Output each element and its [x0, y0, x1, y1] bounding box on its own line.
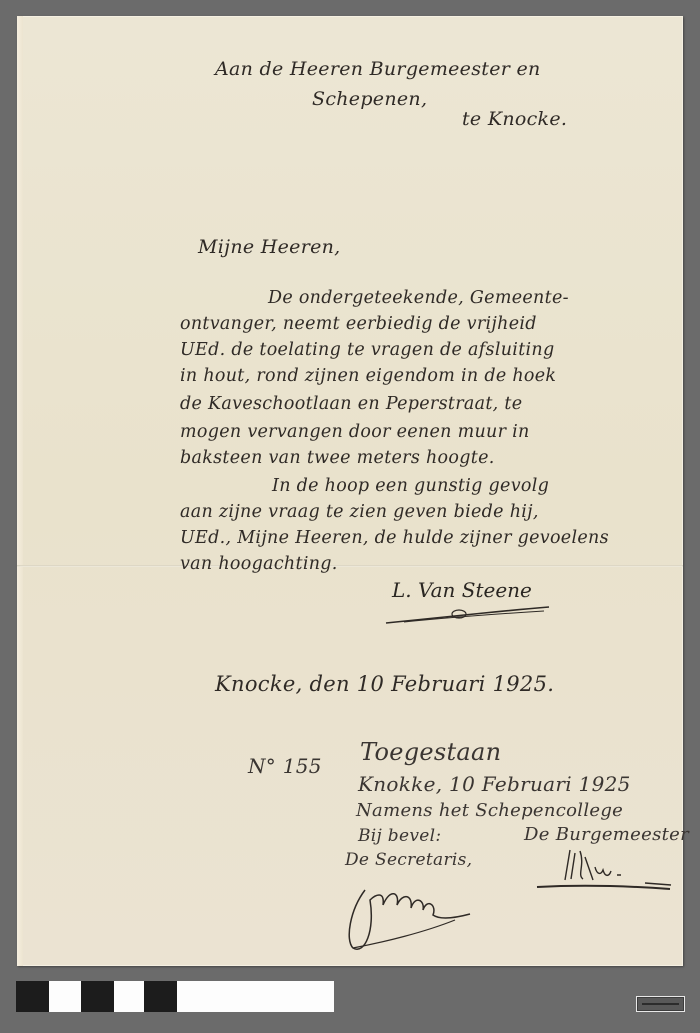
salutation: Mijne Heeren,	[198, 236, 341, 258]
body-line: mogen vervangen door eenen muur in	[180, 422, 530, 442]
body-line: De ondergeteekende, Gemeente-	[268, 288, 569, 308]
archival-scale-bar	[16, 981, 334, 1012]
address-line-3: te Knocke.	[462, 108, 567, 130]
signature-flourish-icon	[384, 603, 554, 625]
address-line-2: Schepenen,	[312, 88, 427, 110]
by-order-label: Bij bevel:	[358, 826, 441, 846]
body-line: ontvanger, neemt eerbiedig de vrijheid	[180, 314, 537, 334]
body-line: baksteen van twee meters hoogte.	[180, 448, 495, 468]
scale-segment-black	[16, 981, 49, 1012]
reference-number: N° 155	[248, 754, 322, 778]
approval-status: Toegestaan	[360, 738, 501, 766]
approval-place-date: Knokke, 10 Februari 1925	[358, 772, 631, 796]
secretary-signature-icon	[345, 870, 485, 955]
scale-segment-white	[177, 981, 334, 1012]
scale-segment-black	[81, 981, 114, 1012]
color-reference-card	[636, 996, 685, 1012]
address-line-1: Aan de Heeren Burgemeester en	[215, 58, 541, 80]
scale-segment-white	[49, 981, 81, 1012]
body-line: in hout, rond zijnen eigendom in de hoek	[180, 366, 556, 386]
body-line: aan zijne vraag te zien geven biede hij,	[180, 502, 539, 522]
secretary-title: De Secretaris,	[345, 850, 472, 870]
mayor-signature-icon	[535, 845, 675, 900]
body-line: UEd., Mijne Heeren, de hulde zijner gevo…	[180, 528, 609, 548]
body-line: de Kaveschootlaan en Peperstraat, te	[180, 394, 522, 414]
body-line: van hoogachting.	[180, 554, 338, 574]
paper-fold-line	[17, 565, 683, 567]
signature: L. Van Steene	[392, 578, 532, 602]
scale-segment-black	[144, 981, 177, 1012]
body-line: UEd. de toelating te vragen de afsluitin…	[180, 340, 555, 360]
body-line: In de hoop een gunstig gevolg	[272, 476, 549, 496]
scale-segment-white	[114, 981, 144, 1012]
mayor-title: De Burgemeester	[524, 824, 689, 845]
place-date: Knocke, den 10 Februari 1925.	[215, 672, 554, 696]
approval-on-behalf: Namens het Schepencollege	[356, 800, 623, 821]
